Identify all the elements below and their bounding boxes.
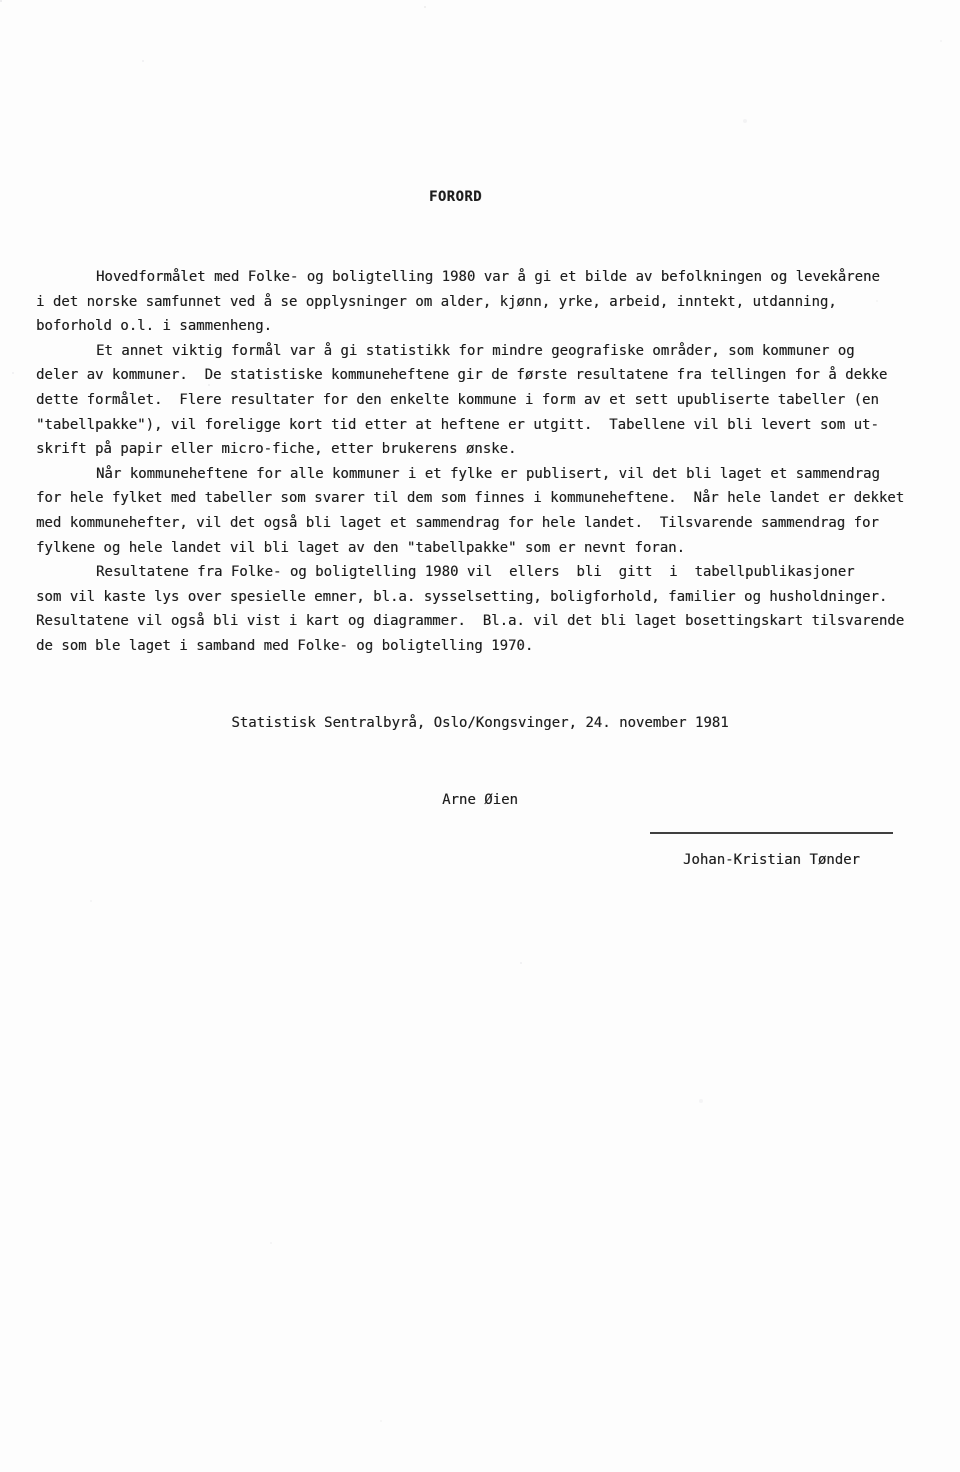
dateline: Statistisk Sentralbyrå, Oslo/Kongsvinger… [0, 711, 960, 736]
body-line: Når kommuneheftene for alle kommuner i e… [36, 462, 904, 487]
body-line: skrift på papir eller micro-fiche, etter… [36, 437, 904, 462]
body-line: i det norske samfunnet ved å se opplysni… [36, 290, 904, 315]
page-title: FORORD [429, 189, 482, 205]
body-line: de som ble laget i samband med Folke- og… [36, 634, 904, 659]
document-page: FORORD Hovedformålet med Folke- og bolig… [0, 0, 960, 1472]
body-line: fylkene og hele landet vil bli laget av … [36, 536, 904, 561]
body-line: for hele fylket med tabeller som svarer … [36, 486, 904, 511]
body-line: "tabellpakke"), vil foreligge kort tid e… [36, 413, 904, 438]
signature-line [650, 832, 893, 834]
body-line: dette formålet. Flere resultater for den… [36, 388, 904, 413]
body-line: deler av kommuner. De statistiske kommun… [36, 363, 904, 388]
body-line: Resultatene fra Folke- og boligtelling 1… [36, 560, 904, 585]
foreword-body: Hovedformålet med Folke- og boligtelling… [36, 265, 904, 659]
body-line: som vil kaste lys over spesielle emner, … [36, 585, 904, 610]
cosigner-name: Johan-Kristian Tønder [650, 848, 893, 873]
scan-noise [0, 0, 2, 2]
body-line: Hovedformålet med Folke- og boligtelling… [36, 265, 904, 290]
body-line: boforhold o.l. i sammenheng. [36, 314, 904, 339]
director-signature-name: Arne Øien [0, 788, 960, 813]
body-line: Resultatene vil også bli vist i kart og … [36, 609, 904, 634]
body-line: med kommunehefter, vil det også bli lage… [36, 511, 904, 536]
body-line: Et annet viktig formål var å gi statisti… [36, 339, 904, 364]
